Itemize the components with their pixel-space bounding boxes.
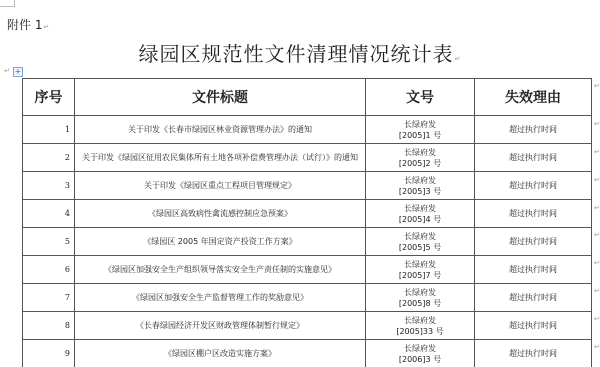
doc-prefix: 长绿府发: [370, 119, 470, 130]
cell-index: 4: [23, 200, 75, 228]
table-row: 3关于印发《绿园区重点工程项目管理规定》长绿府发[2005]3 号超过执行时间: [23, 172, 592, 200]
paragraph-mark-icon: ↵: [455, 55, 462, 63]
row-end-mark-icon: ↵: [594, 120, 600, 128]
table-move-handle-icon[interactable]: +: [13, 67, 23, 77]
doc-number: [2006]3 号: [370, 354, 470, 365]
cell-index: 2: [23, 144, 75, 172]
row-end-mark-icon: ↵: [594, 315, 600, 323]
cell-invalid-reason: 超过执行时间: [475, 228, 592, 256]
cell-doc-number: 长绿府发[2005]5 号: [366, 228, 475, 256]
table-body: 1关于印发《长春市绿园区林业资源管理办法》的通知长绿府发[2005]1 号超过执…: [23, 116, 592, 367]
attachment-text: 附件 1: [7, 18, 42, 32]
doc-number: [2005]3 号: [370, 186, 470, 197]
cell-index: 5: [23, 228, 75, 256]
invalid-reason: 超过执行时间: [509, 321, 557, 330]
header-index: 序号: [23, 79, 75, 116]
invalid-reason: 超过执行时间: [509, 293, 557, 302]
cell-title: 《绿园区 2005 年国定资产投资工作方案》: [75, 228, 366, 256]
page-title: 绿园区规范性文件清理情况统计表↵: [0, 38, 600, 67]
cell-title: 《绿园区加强安全生产监督管理工作的奖励意见》: [75, 284, 366, 312]
row-end-mark-icon: ↵: [594, 204, 600, 212]
index-value: 4: [65, 209, 70, 218]
cell-doc-number: 长绿府发[2005]4 号: [366, 200, 475, 228]
cell-invalid-reason: 超过执行时间: [475, 144, 592, 172]
cell-doc-number: 长绿府发[2005]7 号: [366, 256, 475, 284]
row-end-mark-icon: ↵: [594, 176, 600, 184]
row-end-mark-icon: ↵: [594, 259, 600, 267]
index-value: 1: [65, 125, 70, 134]
cell-doc-number: 长绿府发[2005]8 号: [366, 284, 475, 312]
index-value: 8: [65, 321, 70, 330]
cell-doc-number: 长绿府发[2006]3 号: [366, 340, 475, 367]
doc-number: [2005]2 号: [370, 158, 470, 169]
header-title-label: 文件标题: [192, 90, 248, 106]
cell-index: 3: [23, 172, 75, 200]
doc-prefix: 长绿府发: [370, 287, 470, 298]
document-title: 关于印发《绿园区重点工程项目管理规定》: [144, 181, 296, 190]
document-title: 《绿园区加强安全生产组织领导落实安全生产责任制的实施意见》: [104, 265, 336, 274]
cell-invalid-reason: 超过执行时间: [475, 200, 592, 228]
index-value: 7: [65, 293, 70, 302]
table-row: 9《绿园区棚户区改造实施方案》长绿府发[2006]3 号超过执行时间: [23, 340, 592, 367]
cell-doc-number: 长绿府发[2005]3 号: [366, 172, 475, 200]
row-end-mark-icon: ↵: [594, 148, 600, 156]
doc-prefix: 长绿府发: [370, 343, 470, 354]
invalid-reason: 超过执行时间: [509, 265, 557, 274]
cell-title: 关于印发《长春市绿园区林业资源管理办法》的通知: [75, 116, 366, 144]
row-end-mark-icon: ↵: [594, 231, 600, 239]
invalid-reason: 超过执行时间: [509, 125, 557, 134]
table-row: 8《长春绿园经济开发区财政管理体制暂行规定》长绿府发[2005]33 号超过执行…: [23, 312, 592, 340]
cell-doc-number: 长绿府发[2005]1 号: [366, 116, 475, 144]
cell-index: 1: [23, 116, 75, 144]
cell-doc-number: 长绿府发[2005]2 号: [366, 144, 475, 172]
index-value: 2: [65, 153, 70, 162]
cell-invalid-reason: 超过执行时间: [475, 116, 592, 144]
invalid-reason: 超过执行时间: [509, 209, 557, 218]
table-row: 2关于印发《绿园区征用农民集体所有土地各项补偿费管理办法（试行）》的通知长绿府发…: [23, 144, 592, 172]
cell-invalid-reason: 超过执行时间: [475, 340, 592, 367]
cell-title: 《绿园区棚户区改造实施方案》: [75, 340, 366, 367]
doc-prefix: 长绿府发: [370, 203, 470, 214]
doc-number: [2005]8 号: [370, 298, 470, 309]
table-row: 4《绿园区高致病性禽流感控制应急预案》长绿府发[2005]4 号超过执行时间: [23, 200, 592, 228]
paragraph-mark-icon: ↵: [4, 67, 10, 75]
doc-prefix: 长绿府发: [370, 259, 470, 270]
document-title: 《绿园区加强安全生产监督管理工作的奖励意见》: [132, 293, 308, 302]
document-title: 关于印发《绿园区征用农民集体所有土地各项补偿费管理办法（试行）》的通知: [82, 153, 358, 162]
invalid-reason: 超过执行时间: [509, 181, 557, 190]
invalid-reason: 超过执行时间: [509, 153, 557, 162]
doc-number: [2005]4 号: [370, 214, 470, 225]
cell-invalid-reason: 超过执行时间: [475, 172, 592, 200]
cell-title: 《绿园区高致病性禽流感控制应急预案》: [75, 200, 366, 228]
index-value: 5: [65, 237, 70, 246]
cell-invalid-reason: 超过执行时间: [475, 256, 592, 284]
statistics-table: 序号 文件标题 文号 失效理由 1关于印发《长春市绿园区林业资源管理办法》的通知…: [22, 78, 592, 367]
header-doc-number-label: 文号: [406, 90, 434, 106]
cell-index: 7: [23, 284, 75, 312]
document-title: 《绿园区高致病性禽流感控制应急预案》: [148, 209, 292, 218]
doc-number: [2005]5 号: [370, 242, 470, 253]
attachment-label: 附件 1↵: [7, 16, 49, 33]
doc-number: [2005]33 号: [370, 326, 470, 337]
document-title: 关于印发《长春市绿园区林业资源管理办法》的通知: [128, 125, 312, 134]
table-header-row: 序号 文件标题 文号 失效理由: [23, 79, 592, 116]
table-row: 6《绿园区加强安全生产组织领导落实安全生产责任制的实施意见》长绿府发[2005]…: [23, 256, 592, 284]
header-invalid-reason: 失效理由: [475, 79, 592, 116]
document-title: 《绿园区 2005 年国定资产投资工作方案》: [143, 237, 296, 246]
cell-invalid-reason: 超过执行时间: [475, 284, 592, 312]
header-index-label: 序号: [35, 90, 63, 106]
invalid-reason: 超过执行时间: [509, 349, 557, 358]
cell-invalid-reason: 超过执行时间: [475, 312, 592, 340]
paragraph-mark-icon: ↵: [43, 23, 49, 31]
doc-prefix: 长绿府发: [370, 175, 470, 186]
document-title: 《绿园区棚户区改造实施方案》: [164, 349, 276, 358]
row-end-mark-icon: ↵: [594, 287, 600, 295]
doc-number: [2005]1 号: [370, 130, 470, 141]
cell-index: 8: [23, 312, 75, 340]
row-end-mark-icon: ↵: [594, 343, 600, 351]
doc-number: [2005]7 号: [370, 270, 470, 281]
index-value: 6: [65, 265, 70, 274]
table-row: 7《绿园区加强安全生产监督管理工作的奖励意见》长绿府发[2005]8 号超过执行…: [23, 284, 592, 312]
table-row: 5《绿园区 2005 年国定资产投资工作方案》长绿府发[2005]5 号超过执行…: [23, 228, 592, 256]
invalid-reason: 超过执行时间: [509, 237, 557, 246]
header-invalid-reason-label: 失效理由: [505, 90, 561, 106]
document-title: 《长春绿园经济开发区财政管理体制暂行规定》: [136, 321, 304, 330]
index-value: 9: [65, 349, 70, 358]
index-value: 3: [65, 181, 70, 190]
table-row: 1关于印发《长春市绿园区林业资源管理办法》的通知长绿府发[2005]1 号超过执…: [23, 116, 592, 144]
cell-index: 6: [23, 256, 75, 284]
cell-doc-number: 长绿府发[2005]33 号: [366, 312, 475, 340]
doc-prefix: 长绿府发: [370, 231, 470, 242]
header-doc-number: 文号: [366, 79, 475, 116]
row-end-mark-icon: ↵: [594, 82, 600, 90]
cell-index: 9: [23, 340, 75, 367]
page-corner-mark: [0, 0, 15, 7]
header-title: 文件标题: [75, 79, 366, 116]
cell-title: 关于印发《绿园区征用农民集体所有土地各项补偿费管理办法（试行）》的通知: [75, 144, 366, 172]
cell-title: 《长春绿园经济开发区财政管理体制暂行规定》: [75, 312, 366, 340]
cell-title: 《绿园区加强安全生产组织领导落实安全生产责任制的实施意见》: [75, 256, 366, 284]
title-text: 绿园区规范性文件清理情况统计表: [139, 42, 454, 66]
doc-prefix: 长绿府发: [370, 147, 470, 158]
doc-prefix: 长绿府发: [370, 315, 470, 326]
cell-title: 关于印发《绿园区重点工程项目管理规定》: [75, 172, 366, 200]
